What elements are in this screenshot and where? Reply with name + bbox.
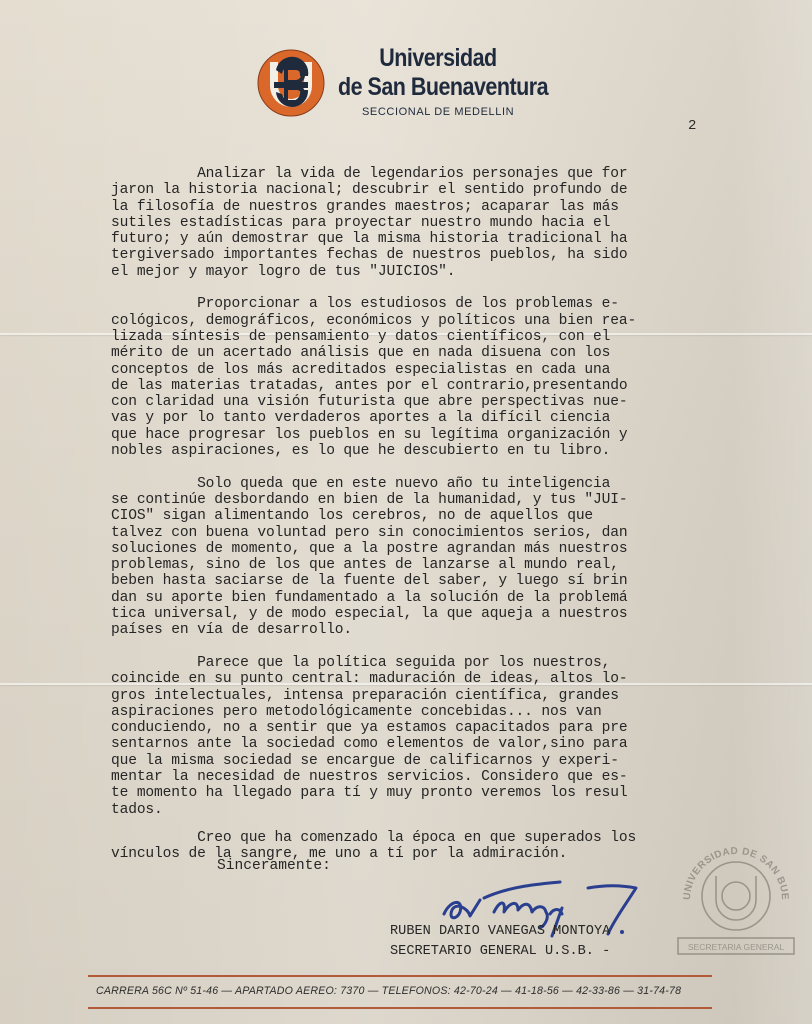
text-line: se continúe desbordando en bien de la hu…	[111, 492, 731, 508]
text-line: futuro; y aún demostrar que la misma his…	[111, 231, 731, 247]
text-line: Proporcionar a los estudiosos de los pro…	[111, 296, 731, 312]
letter-body: Analizar la vida de legendarios personaj…	[111, 166, 731, 879]
text-line: lizada síntesis de pensamiento y datos c…	[111, 329, 731, 345]
text-line: la filosofía de nuestros grandes maestro…	[111, 199, 731, 215]
text-line: tados.	[111, 802, 731, 818]
text-line: coincide en su punto central: maduración…	[111, 671, 731, 687]
text-line: sutiles estadísticas para proyectar nues…	[111, 215, 731, 231]
text-line: de las materias tratadas, antes por el c…	[111, 378, 731, 394]
paragraph: Parece que la política seguida por los n…	[111, 655, 731, 818]
text-line: dan su aporte bien fundamentado a la sol…	[111, 590, 731, 606]
text-line: mentar la necesidad de nuestros servicio…	[111, 769, 731, 785]
text-line: Analizar la vida de legendarios personaj…	[111, 166, 731, 182]
text-line: problemas, sino de los que antes de lanz…	[111, 557, 731, 573]
page-number: 2	[688, 118, 696, 134]
svg-text:UNIVERSIDAD DE SAN BUENAVENTUR: UNIVERSIDAD DE SAN BUENAVENTURA	[672, 830, 790, 901]
text-line: tica universal, y de modo especial, la q…	[111, 606, 731, 622]
text-line: países en vía de desarrollo.	[111, 622, 731, 638]
university-name-line1: Universidad	[338, 44, 548, 73]
university-name: Universidad de San Buenaventura	[338, 44, 548, 102]
text-line: sentarnos ante la sociedad como elemento…	[111, 736, 731, 752]
signer-title: SECRETARIO GENERAL U.S.B. -	[390, 944, 610, 959]
paragraph: Solo queda que en este nuevo año tu inte…	[111, 476, 731, 639]
text-line: conduciendo, no a sentir que ya estamos …	[111, 720, 731, 736]
text-line: jaron la historia nacional; descubrir el…	[111, 182, 731, 198]
text-line: nobles aspiraciones, es lo que he descub…	[111, 443, 731, 459]
text-line: vínculos de la sangre, me uno a tí por l…	[111, 846, 731, 862]
footer-address: CARRERA 56C Nº 51-46 — APARTADO AEREO: 7…	[96, 985, 716, 997]
paragraph: Analizar la vida de legendarios personaj…	[111, 166, 731, 280]
seccional-label: SECCIONAL DE MEDELLIN	[362, 106, 514, 118]
text-line: te momento ha llegado para tí y muy pron…	[111, 785, 731, 801]
text-line: que hace progresar los pueblos en su leg…	[111, 427, 731, 443]
text-line: Solo queda que en este nuevo año tu inte…	[111, 476, 731, 492]
letterhead: Universidad de San Buenaventura SECCIONA…	[256, 44, 556, 124]
university-name-line2: de San Buenaventura	[338, 73, 548, 101]
text-line: el mejor y mayor logro de tus "JUICIOS".	[111, 264, 731, 280]
text-line: beben hasta saciarse de la fuente del sa…	[111, 573, 731, 589]
paragraph: Proporcionar a los estudiosos de los pro…	[111, 296, 731, 459]
text-line: vas y por lo tanto verdaderos aportes a …	[111, 410, 731, 426]
closing-salutation: Sinceramente:	[217, 858, 331, 874]
svg-text:SECRETARIA GENERAL: SECRETARIA GENERAL	[688, 942, 784, 952]
text-line: talvez con buena voluntad pero sin conoc…	[111, 525, 731, 541]
footer-rule	[88, 1007, 712, 1009]
text-line: CIOS" sigan alimentando los cerebros, no…	[111, 508, 731, 524]
secretaria-general-stamp-icon: UNIVERSIDAD DE SAN BUENAVENTURA SECRETAR…	[672, 830, 800, 958]
text-line: aspiraciones pero metodológicamente conc…	[111, 704, 731, 720]
text-line: que la misma sociedad se encargue de cal…	[111, 753, 731, 769]
usb-logo-icon	[256, 48, 326, 118]
text-line: Creo que ha comenzado la época en que su…	[111, 830, 731, 846]
letter-page: Universidad de San Buenaventura SECCIONA…	[0, 0, 812, 1024]
footer-rule	[88, 975, 712, 977]
text-line: con claridad una visión futurista que ab…	[111, 394, 731, 410]
text-line: soluciones de momento, que a la postre a…	[111, 541, 731, 557]
text-line: Parece que la política seguida por los n…	[111, 655, 731, 671]
signer-block: RUBEN DARIO VANEGAS MONTOYA SECRETARIO G…	[390, 922, 610, 962]
text-line: conceptos de los más acreditados especia…	[111, 362, 731, 378]
text-line: gros intelectuales, intensa preparación …	[111, 688, 731, 704]
paragraph: Creo que ha comenzado la época en que su…	[111, 830, 731, 863]
text-line: mérito de un acertado análisis que en na…	[111, 345, 731, 361]
text-line: cológicos, demográficos, económicos y po…	[111, 313, 731, 329]
signer-name: RUBEN DARIO VANEGAS MONTOYA	[390, 924, 610, 939]
text-line: tergiversado importantes fechas de nuest…	[111, 247, 731, 263]
